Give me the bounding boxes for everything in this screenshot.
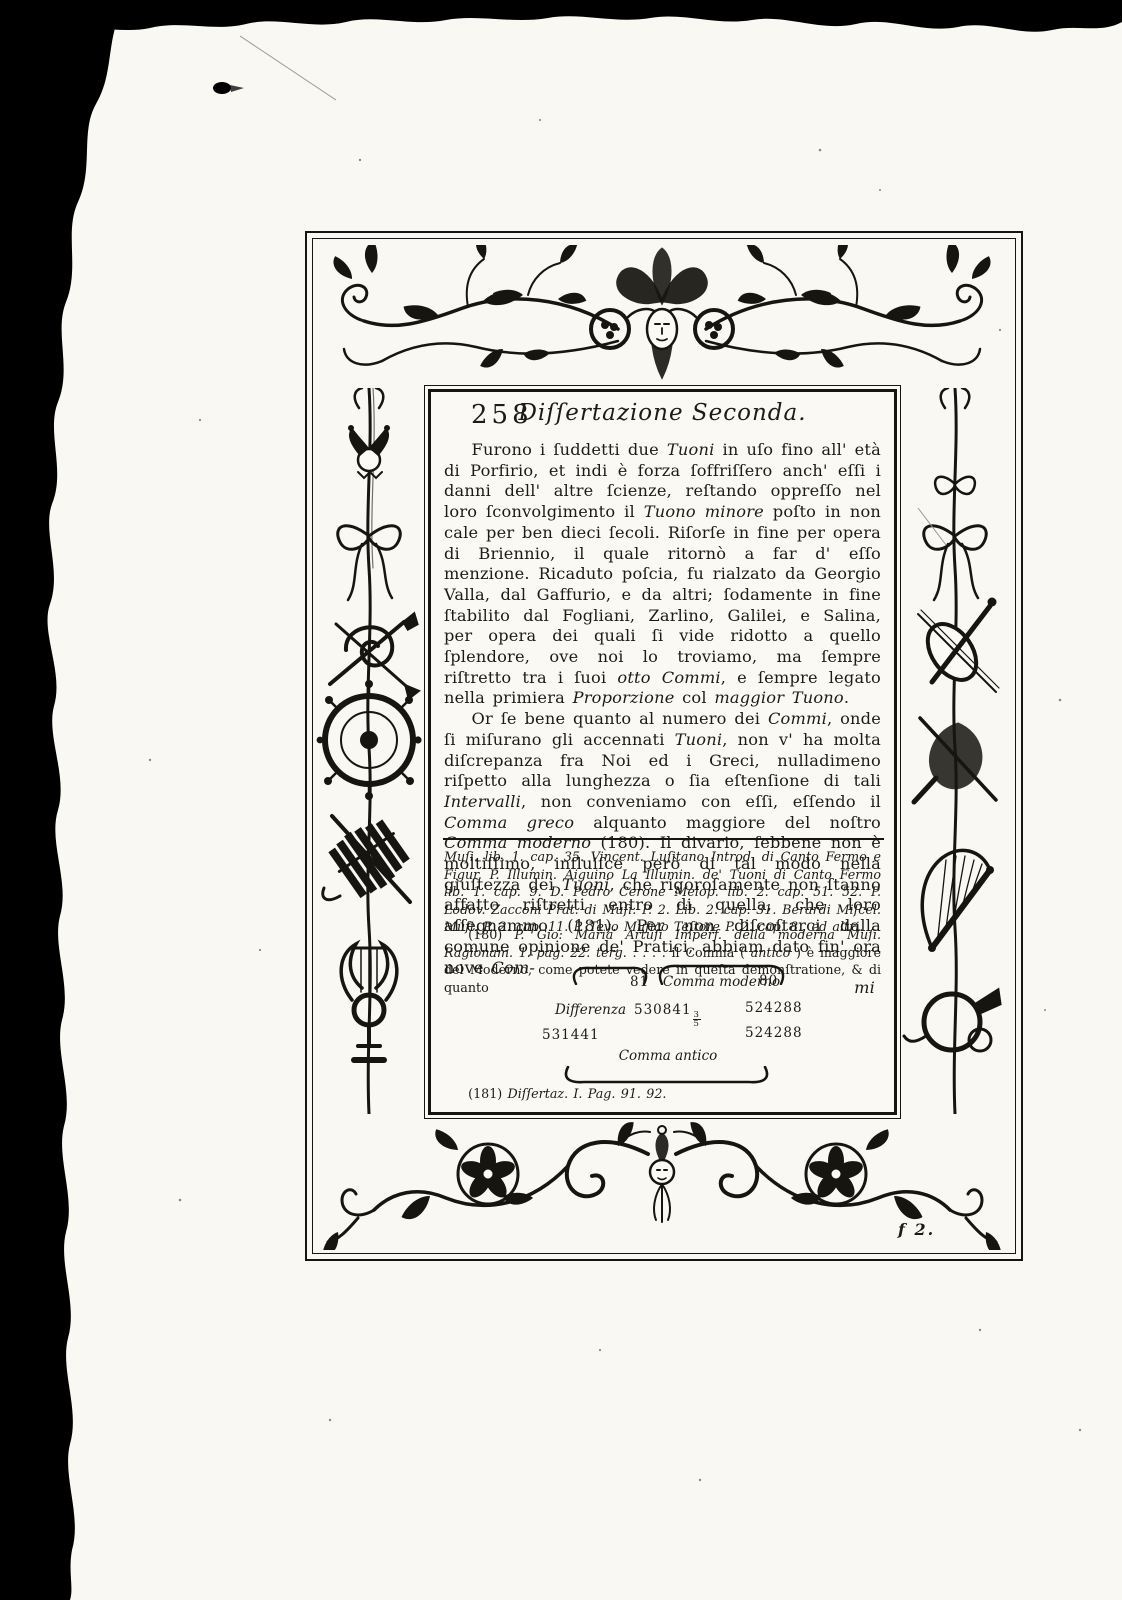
scan-edge-artifacts bbox=[0, 0, 1122, 1600]
paper-specks bbox=[149, 119, 1081, 1481]
ink-blot bbox=[213, 82, 231, 94]
scanned-book-page: 258 Diſſertazione Seconda. Furono i ſudd… bbox=[0, 0, 1122, 1600]
